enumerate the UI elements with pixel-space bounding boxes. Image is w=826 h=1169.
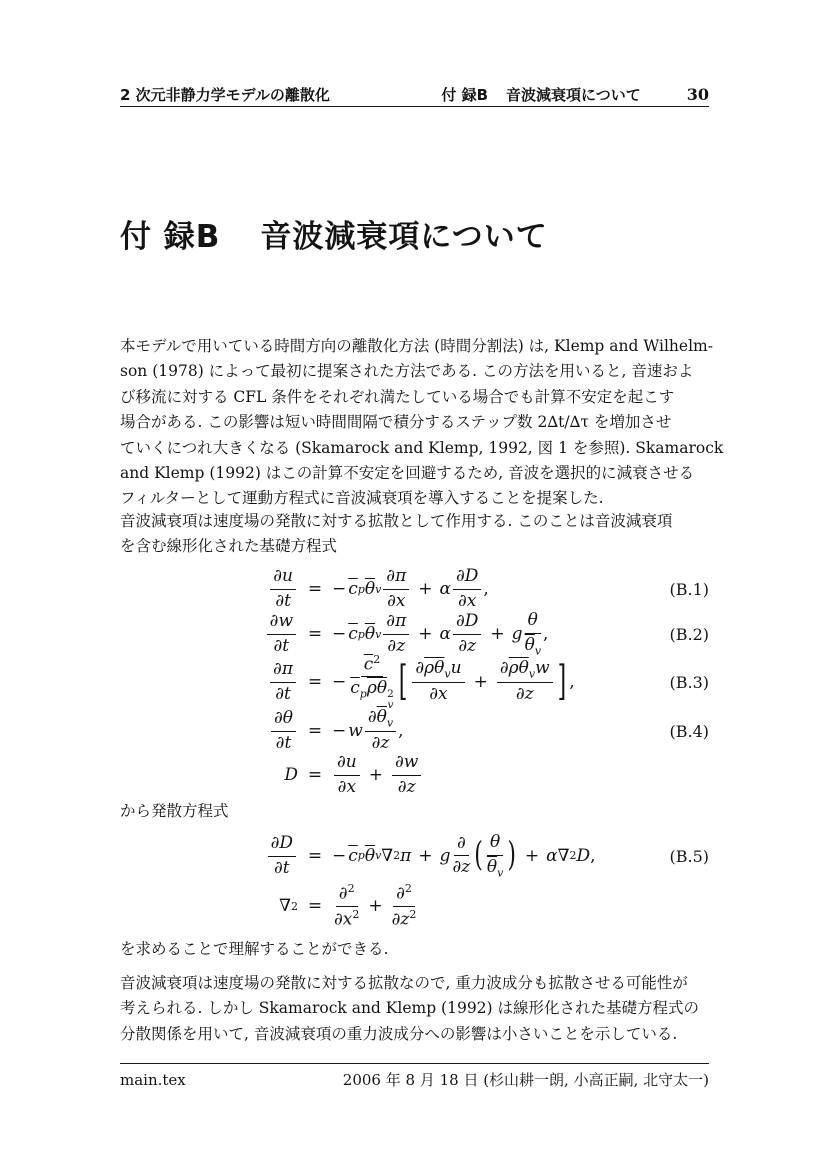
header-rule: [120, 106, 709, 107]
text-after-equations: を求めることで理解することができる.: [120, 937, 720, 962]
equation-number: (B.1): [669, 580, 709, 599]
paragraph-intro: 本モデルで用いている時間方向の離散化方法 (時間分割法) は, Klemp an…: [120, 334, 720, 512]
equation-number: (B.2): [669, 625, 709, 644]
chapter-label: 付 録B: [120, 219, 220, 255]
running-footer: main.tex 2006 年 8 月 18 日 (杉山耕一朗, 小高正嗣, 北…: [120, 1069, 709, 1090]
equation-b4: ∂θ∂t = −w∂θv∂z, (B.4): [120, 707, 709, 755]
page-number: 30: [687, 85, 709, 104]
text-between-equations: から発散方程式: [120, 799, 720, 824]
running-header: 2 次元非静力学モデルの離散化 付 録B音波減衰項について 30: [120, 84, 709, 105]
equation-b5: ∂D∂t = −cpθv∇2π+g∂∂z(θθv)+α∇2D, (B.5): [120, 830, 709, 882]
equation-b2: ∂w∂t = −cpθv∂π∂z+α∂D∂z+gθθv, (B.2): [120, 611, 709, 657]
footer-rule: [120, 1063, 709, 1064]
footer-date-authors: 2006 年 8 月 18 日 (杉山耕一朗, 小高正嗣, 北守太一): [343, 1069, 709, 1090]
equation-number: (B.5): [669, 847, 709, 866]
equation-b1: ∂u∂t = −cpθv∂π∂x+α∂D∂x, (B.1): [120, 567, 709, 611]
document-page: 2 次元非静力学モデルの離散化 付 録B音波減衰項について 30 付 録B音波減…: [0, 0, 826, 1169]
equation-laplacian-def: ∇2 = ∂2∂x2+∂2∂z2: [120, 882, 709, 930]
header-section-title: 2 次元非静力学モデルの離散化: [120, 84, 330, 105]
paragraph-conclusion: 音波減衰項は速度場の発散に対する拡散なので, 重力波成分も拡散させる可能性が考え…: [120, 971, 720, 1047]
chapter-text: 音波減衰項について: [260, 219, 547, 255]
equation-number: (B.3): [669, 673, 709, 692]
equation-group-1: ∂u∂t = −cpθv∂π∂x+α∂D∂x, (B.1) ∂w∂t = −cp…: [120, 567, 709, 795]
equation-group-2: ∂D∂t = −cpθv∇2π+g∂∂z(θθv)+α∇2D, (B.5) ∇2…: [120, 830, 709, 930]
paragraph-lead-equations: 音波減衰項は速度場の発散に対する拡散として作用する. このことは音波減衰項を含む…: [120, 509, 720, 560]
chapter-title: 付 録B音波減衰項について: [120, 211, 548, 256]
equation-b3: ∂π∂t = −c2cpρθ2v[∂ρθvu∂x+∂ρθvw∂z], (B.3): [120, 657, 709, 707]
header-appendix: 付 録B音波減衰項について: [441, 84, 640, 105]
equation-number: (B.4): [669, 722, 709, 741]
footer-filename: main.tex: [120, 1071, 186, 1089]
equation-divergence-def: D = ∂u∂x+∂w∂z: [120, 755, 709, 795]
